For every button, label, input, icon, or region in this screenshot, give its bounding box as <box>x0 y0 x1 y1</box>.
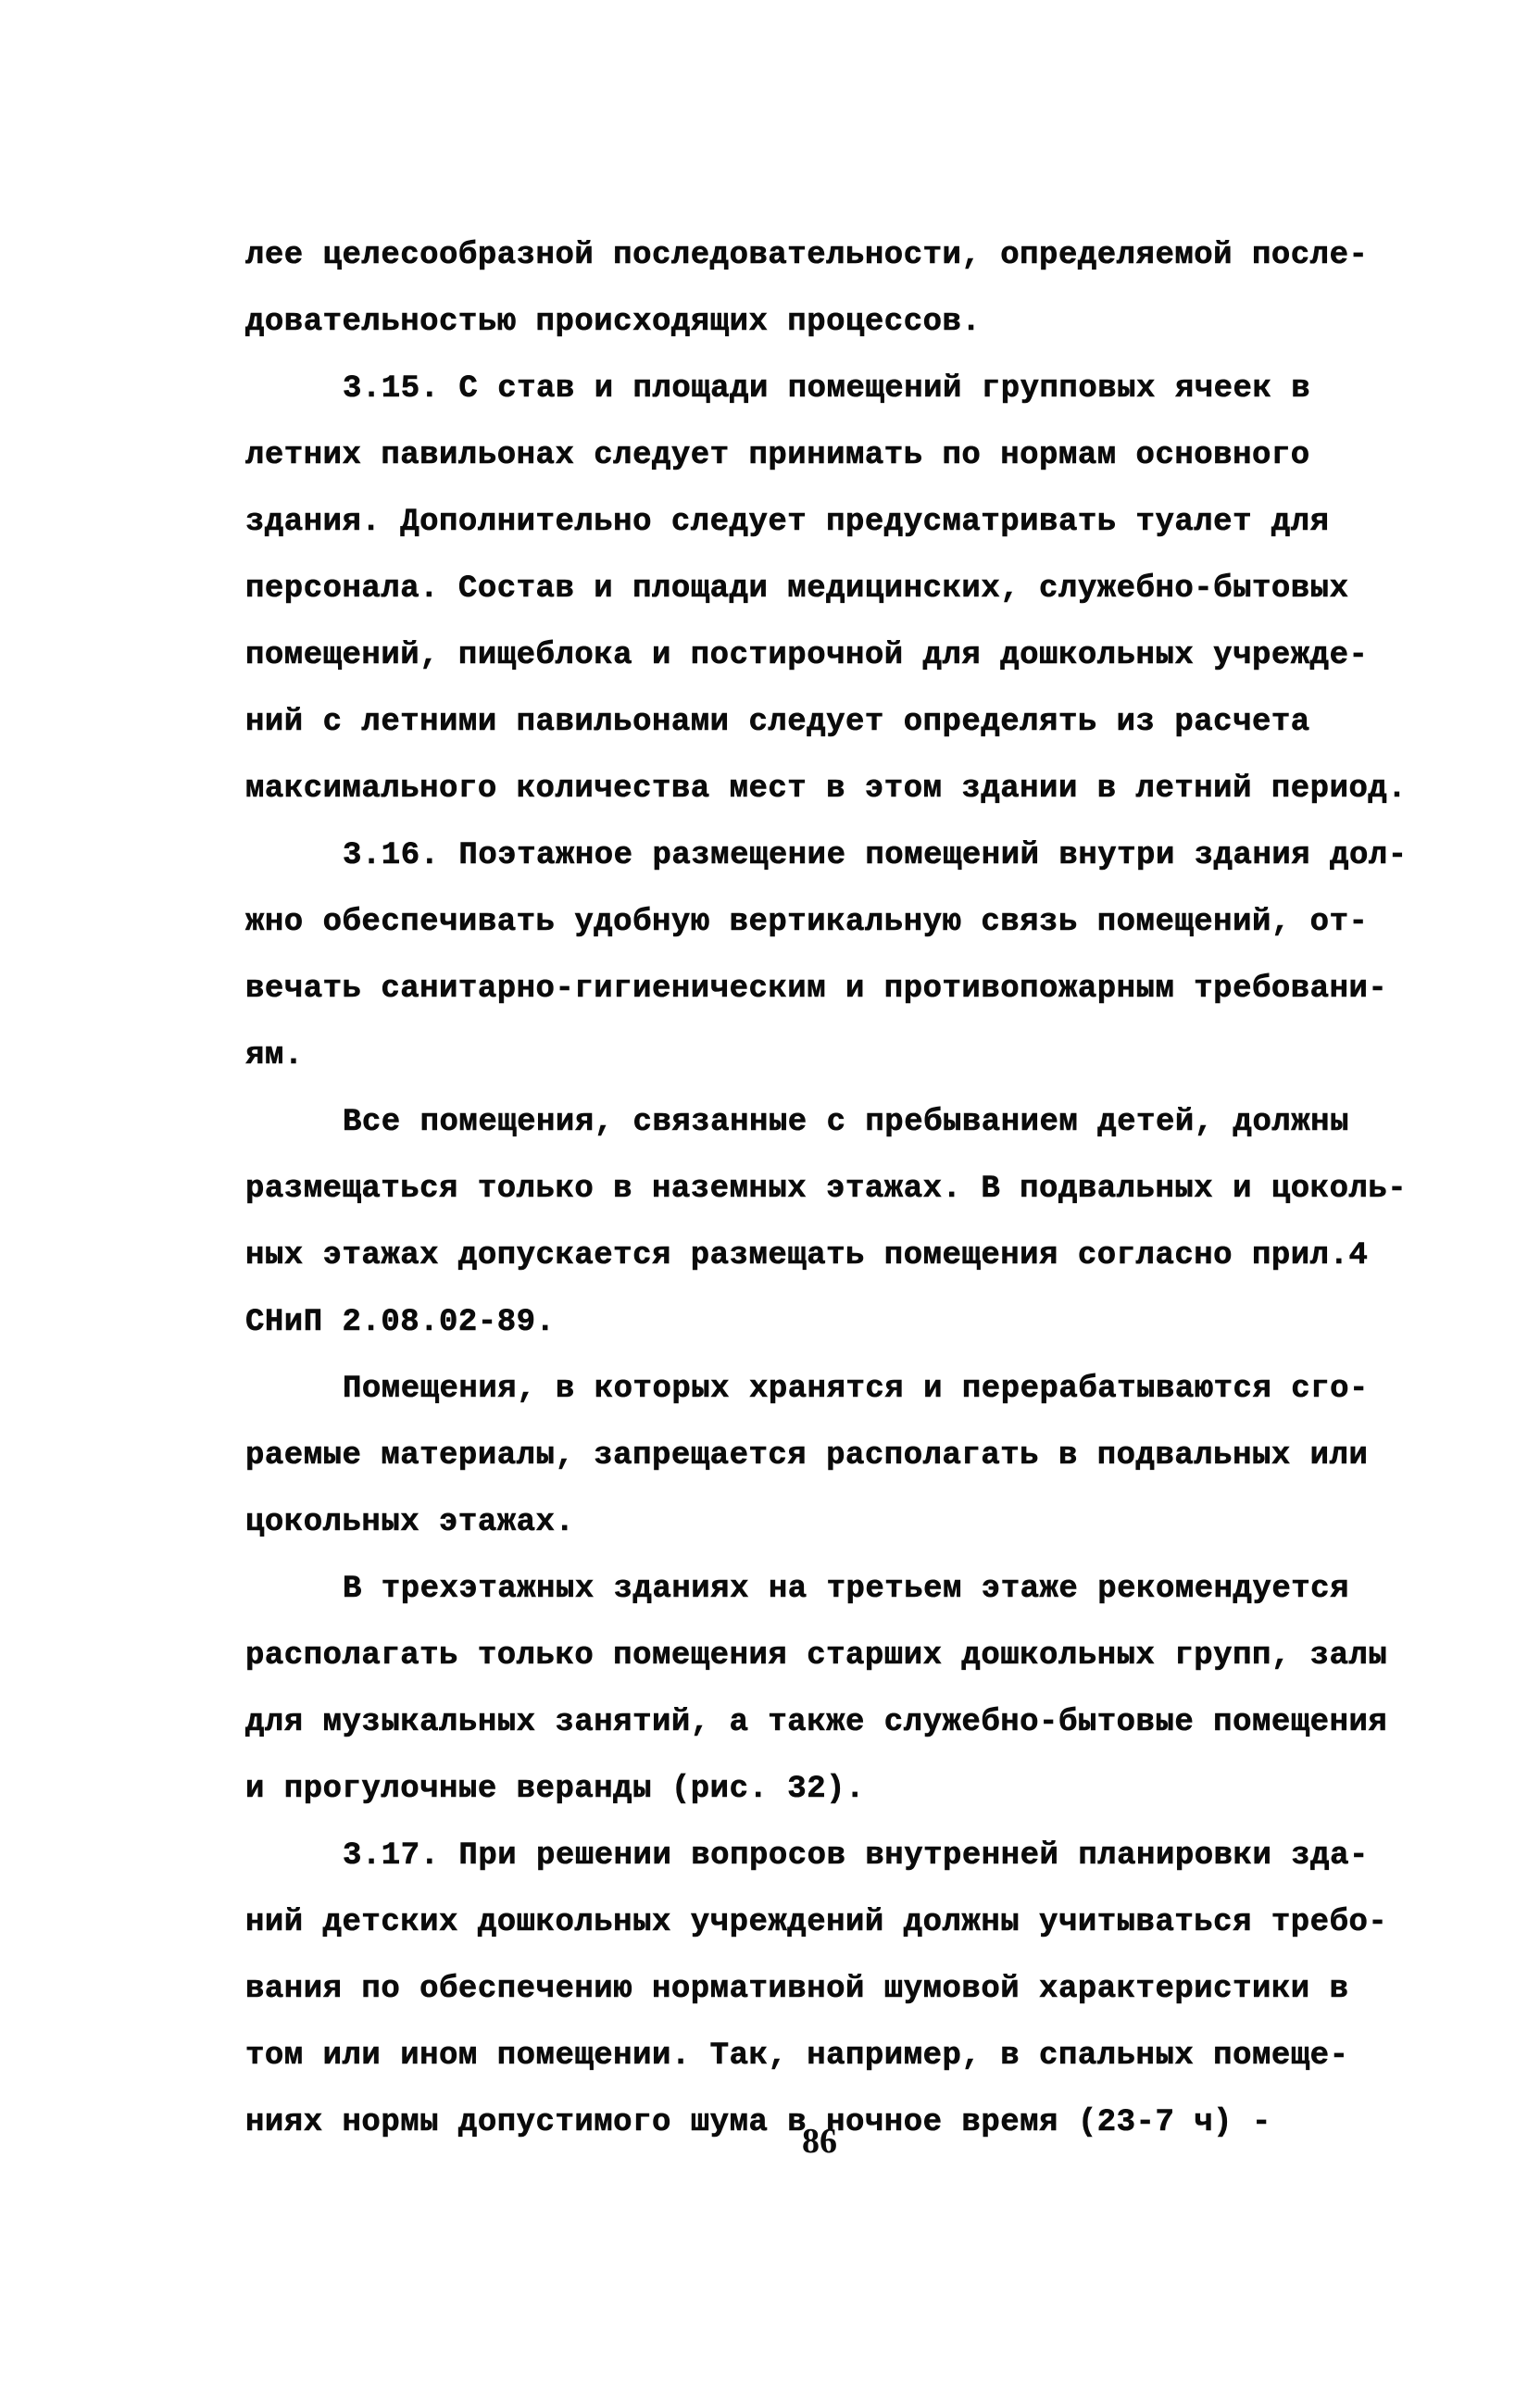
text-line: ям. <box>245 1022 1421 1089</box>
page-number: 86 <box>0 2121 1540 2162</box>
text-line: ных этажах допускается размещать помещен… <box>245 1223 1421 1289</box>
text-line: здания. Дополнительно следует предусматр… <box>245 489 1421 556</box>
text-line: персонала. Состав и площади медицинских,… <box>245 556 1421 622</box>
text-line: помещений, пищеблока и постирочной для д… <box>245 622 1421 689</box>
text-line: довательностью происходящих процессов. <box>245 289 1421 356</box>
text-line: ний детских дошкольных учреждений должны… <box>245 1889 1421 1956</box>
text-line: жно обеспечивать удобную вертикальную св… <box>245 889 1421 956</box>
text-line: раемые материалы, запрещается располагат… <box>245 1423 1421 1489</box>
text-line: 3.15. С став и площади помещений группов… <box>245 356 1421 422</box>
text-line: 3.16. Поэтажное размещение помещений вну… <box>245 822 1421 889</box>
text-line: Помещения, в которых хранятся и перераба… <box>245 1356 1421 1423</box>
text-line: вания по обеспечению нормативной шумовой… <box>245 1956 1421 2023</box>
text-block: лее целесообразной последовательности, о… <box>245 222 1421 2156</box>
text-line: СНиП 2.08.02-89. <box>245 1289 1421 1356</box>
text-line: 3.17. При решении вопросов внутренней пл… <box>245 1823 1421 1889</box>
text-line: для музыкальных занятий, а также служебн… <box>245 1689 1421 1756</box>
document-page: лее целесообразной последовательности, о… <box>0 0 1540 2408</box>
text-line: ний с летними павильонами следует опреде… <box>245 689 1421 756</box>
text-line: летних павильонах следует принимать по н… <box>245 422 1421 489</box>
text-line: максимального количества мест в этом зда… <box>245 756 1421 822</box>
text-line: располагать только помещения старших дош… <box>245 1623 1421 1689</box>
text-line: Все помещения, связанные с пребыванием д… <box>245 1089 1421 1156</box>
text-line: цокольных этажах. <box>245 1489 1421 1556</box>
text-line: вечать санитарно-гигиеническим и противо… <box>245 956 1421 1022</box>
text-line: том или ином помещении. Так, например, в… <box>245 2023 1421 2089</box>
text-line: размещаться только в наземных этажах. В … <box>245 1156 1421 1223</box>
text-line: лее целесообразной последовательности, о… <box>245 222 1421 289</box>
text-line: В трехэтажных зданиях на третьем этаже р… <box>245 1556 1421 1623</box>
text-line: и прогулочные веранды (рис. 32). <box>245 1756 1421 1823</box>
